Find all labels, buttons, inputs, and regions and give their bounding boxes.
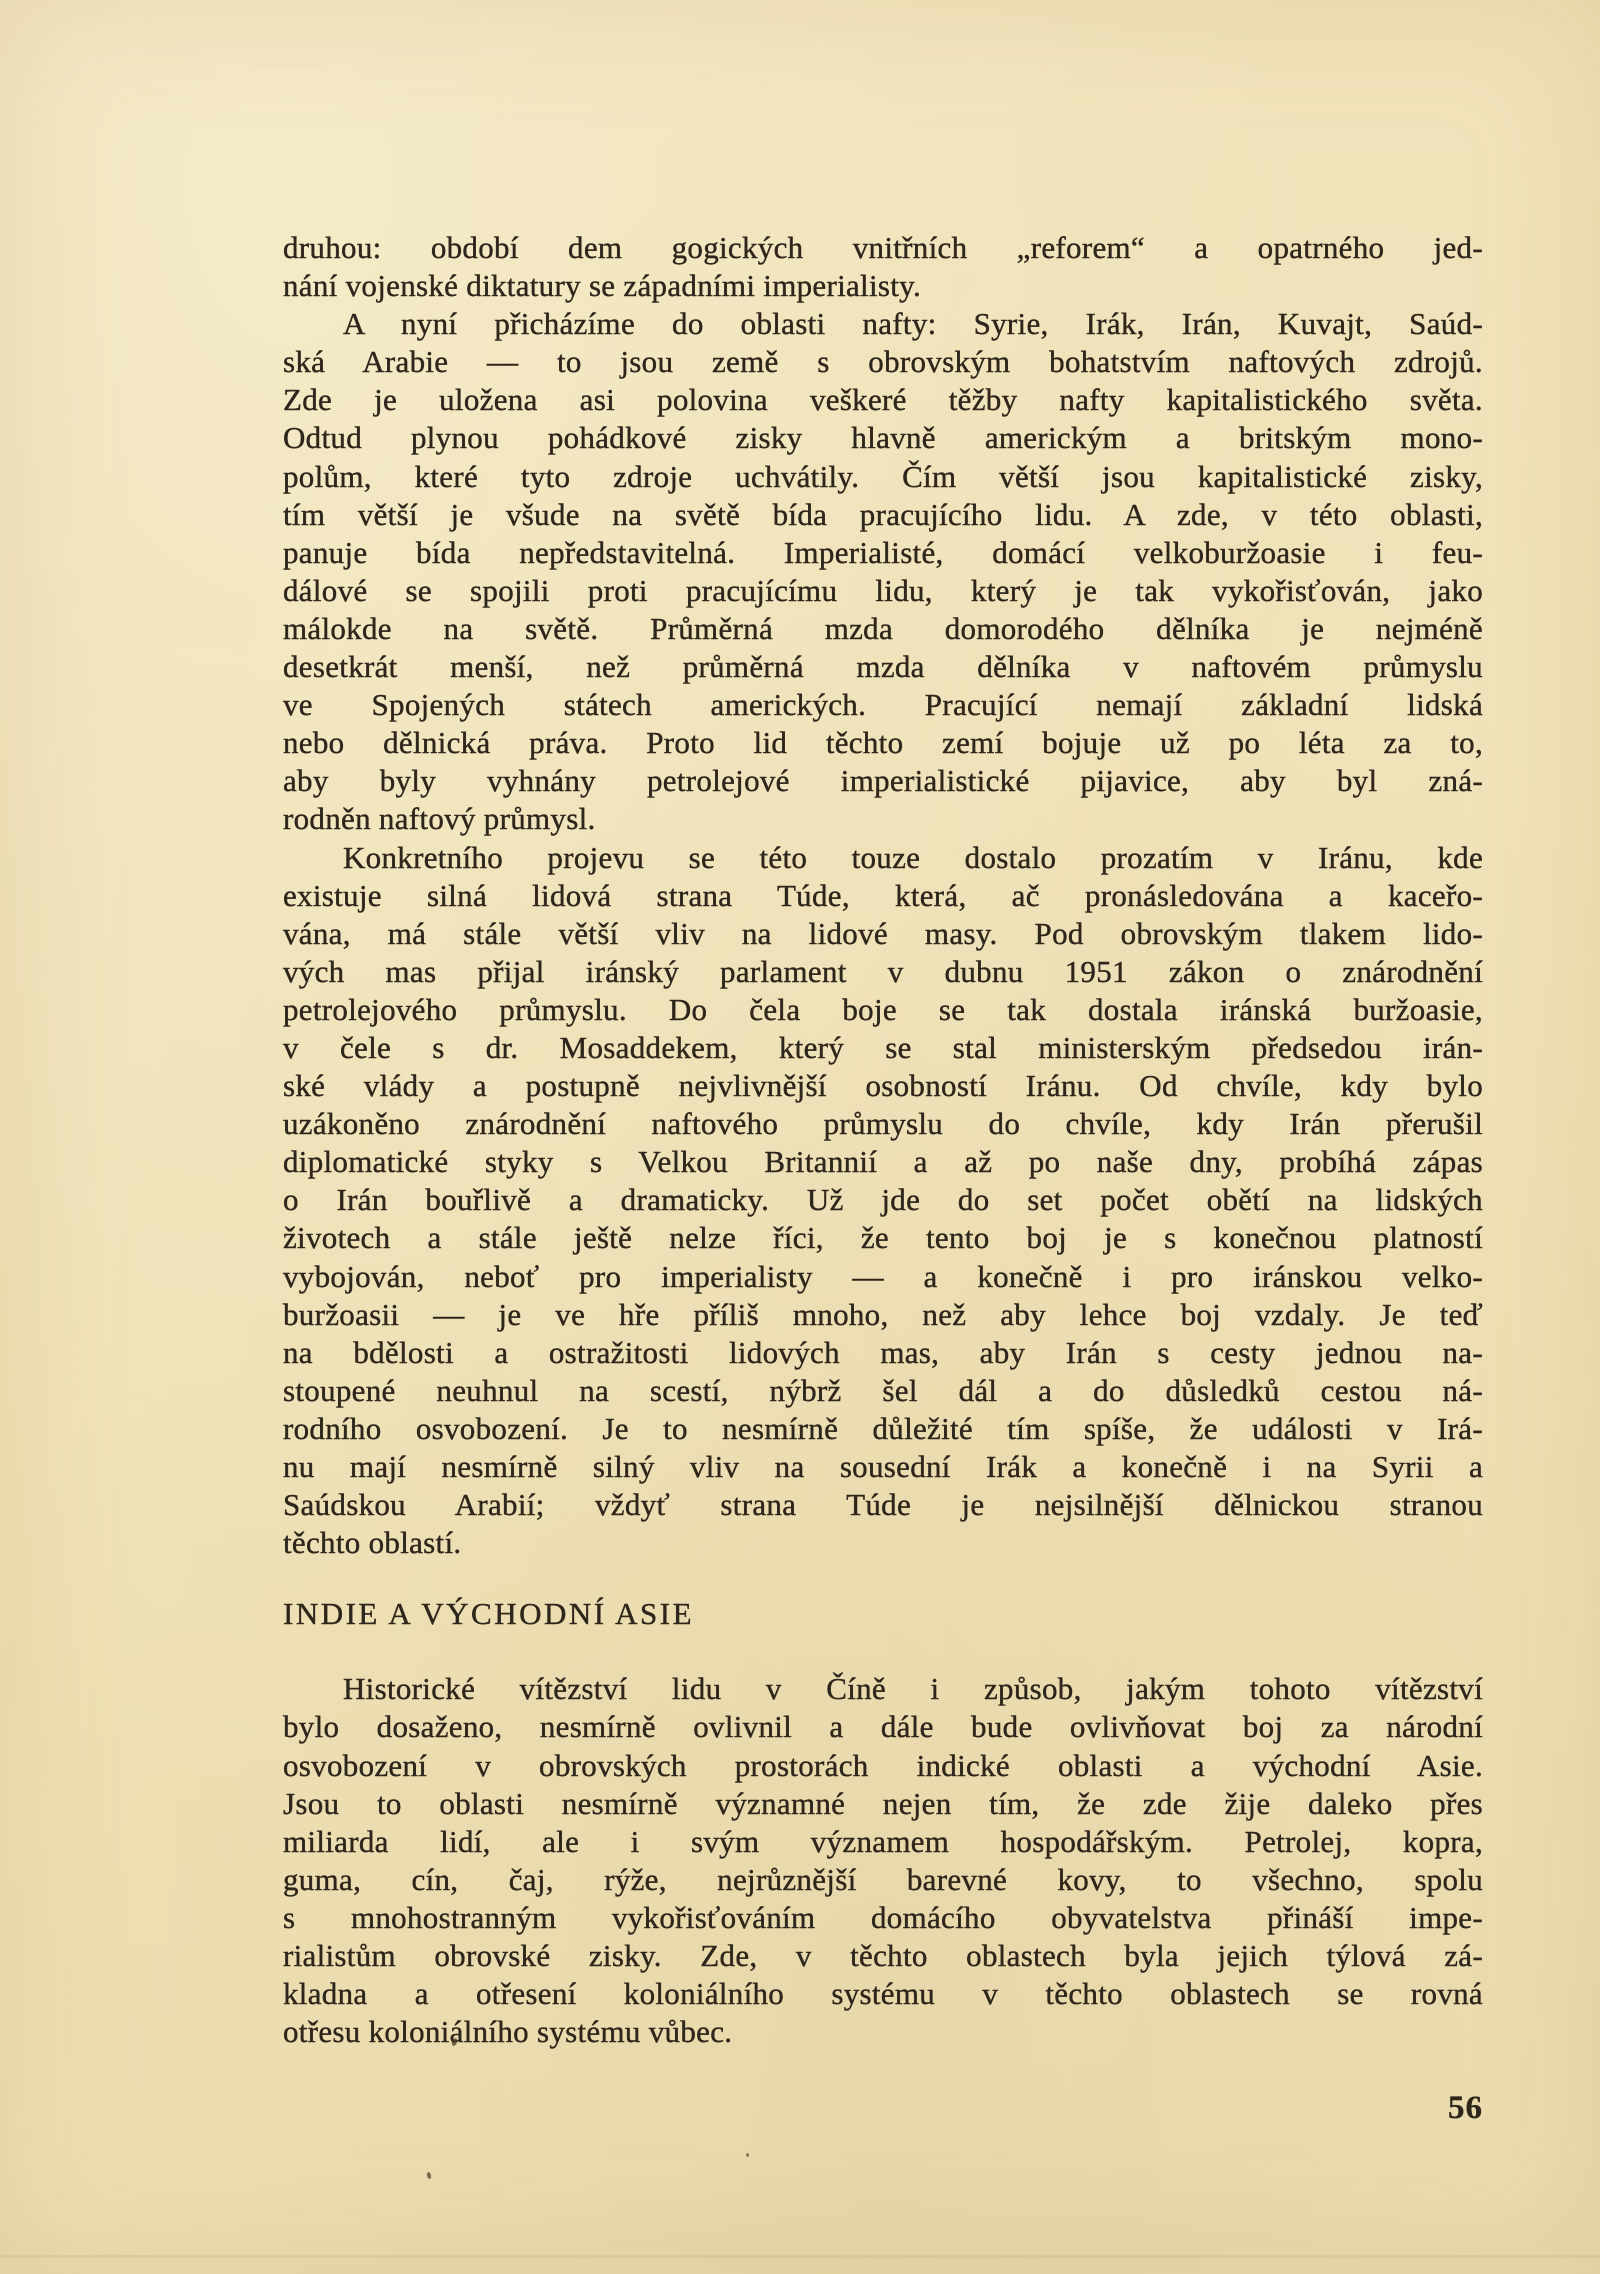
paragraph: Historické vítězství lidu v Číně i způso… (283, 1670, 1483, 2051)
text-line: guma, cín, čaj, rýže, nejrůznější barevn… (283, 1861, 1483, 1899)
text-line: málokde na světě. Průměrná mzda domorodé… (283, 610, 1483, 648)
text-line: o Irán bouřlivě a dramaticky. Už jde do … (283, 1181, 1483, 1219)
paragraph: Konkretního projevu se této touze dostal… (283, 839, 1483, 1563)
text-line: Jsou to oblasti nesmírně významné nejen … (283, 1785, 1483, 1823)
text-line: životech a stále ještě nelze říci, že te… (283, 1219, 1483, 1257)
text-line: A nyní přicházíme do oblasti nafty: Syri… (283, 305, 1483, 343)
text-line: rodního osvobození. Je to nesmírně důlež… (283, 1410, 1483, 1448)
text-line: vých mas přijal iránský parlament v dubn… (283, 953, 1483, 991)
text-line: diplomatické styky s Velkou Britannií a … (283, 1143, 1483, 1181)
text-line: desetkrát menší, než průměrná mzda dělní… (283, 648, 1483, 686)
text-line: vána, má stále větší vliv na lidové masy… (283, 915, 1483, 953)
ink-speck (426, 2172, 432, 2180)
text-line: ve Spojených státech amerických. Pracují… (283, 686, 1483, 724)
text-line: těchto oblastí. (283, 1524, 1483, 1562)
text-line: polům, které tyto zdroje uchvátily. Čím … (283, 458, 1483, 496)
text-line: v čele s dr. Mosaddekem, který se stal m… (283, 1029, 1483, 1067)
text-line: ské vlády a postupně nejvlivnější osobno… (283, 1067, 1483, 1105)
text-line: Saúdskou Arabií; vždyť strana Túde je ne… (283, 1486, 1483, 1524)
text-line: vybojován, neboť pro imperialisty — a ko… (283, 1258, 1483, 1296)
text-line: druhou: období dem gogických vnitřních „… (283, 229, 1483, 267)
paragraph: druhou: období dem gogických vnitřních „… (283, 229, 1483, 305)
text-line: existuje silná lidová strana Túde, která… (283, 877, 1483, 915)
page-number: 56 (1448, 2090, 1483, 2127)
text-line: aby byly vyhnány petrolejové imperialist… (283, 762, 1483, 800)
text-block: druhou: období dem gogických vnitřních „… (283, 229, 1483, 2051)
text-line: rodněn naftový průmysl. (283, 800, 1483, 838)
text-line: bylo dosaženo, nesmírně ovlivnil a dále … (283, 1708, 1483, 1746)
text-line: petrolejového průmyslu. Do čela boje se … (283, 991, 1483, 1029)
text-line: tím větší je všude na světě bída pracují… (283, 496, 1483, 534)
text-line: Zde je uložena asi polovina veškeré těžb… (283, 381, 1483, 419)
text-line: dálové se spojili proti pracujícímu lidu… (283, 572, 1483, 610)
ink-speck (746, 2153, 749, 2157)
text-line: osvobození v obrovských prostorách indic… (283, 1747, 1483, 1785)
text-line: stoupené neuhnul na scestí, nýbrž šel dá… (283, 1372, 1483, 1410)
scan-edge-streak (0, 2255, 1600, 2258)
text-line: Historické vítězství lidu v Číně i způso… (283, 1670, 1483, 1708)
text-line: nání vojenské diktatury se západními imp… (283, 267, 1483, 305)
text-line: panuje bída nepředstavitelná. Imperialis… (283, 534, 1483, 572)
text-line: nu mají nesmírně silný vliv na sousední … (283, 1448, 1483, 1486)
text-line: miliarda lidí, ale i svým významem hospo… (283, 1823, 1483, 1861)
scanned-book-page: druhou: období dem gogických vnitřních „… (0, 0, 1600, 2274)
text-line: Odtud plynou pohádkové zisky hlavně amer… (283, 419, 1483, 457)
text-line: kladna a otřesení koloniálního systému v… (283, 1975, 1483, 2013)
text-line: Konkretního projevu se této touze dostal… (283, 839, 1483, 877)
text-line: uzákoněno znárodnění naftového průmyslu … (283, 1105, 1483, 1143)
text-line: nebo dělnická práva. Proto lid těchto ze… (283, 724, 1483, 762)
section-heading: INDIE A VÝCHODNÍ ASIE (283, 1595, 1483, 1633)
paragraph: A nyní přicházíme do oblasti nafty: Syri… (283, 305, 1483, 838)
text-line: ská Arabie — to jsou země s obrovským bo… (283, 343, 1483, 381)
text-line: otřesu koloniálního systému vůbec. (283, 2013, 1483, 2051)
text-line: na bdělosti a ostražitosti lidových mas,… (283, 1334, 1483, 1372)
text-line: buržoasii — je ve hře příliš mnoho, než … (283, 1296, 1483, 1334)
text-line: rialistům obrovské zisky. Zde, v těchto … (283, 1937, 1483, 1975)
text-line: s mnohostranným vykořisťováním domácího … (283, 1899, 1483, 1937)
